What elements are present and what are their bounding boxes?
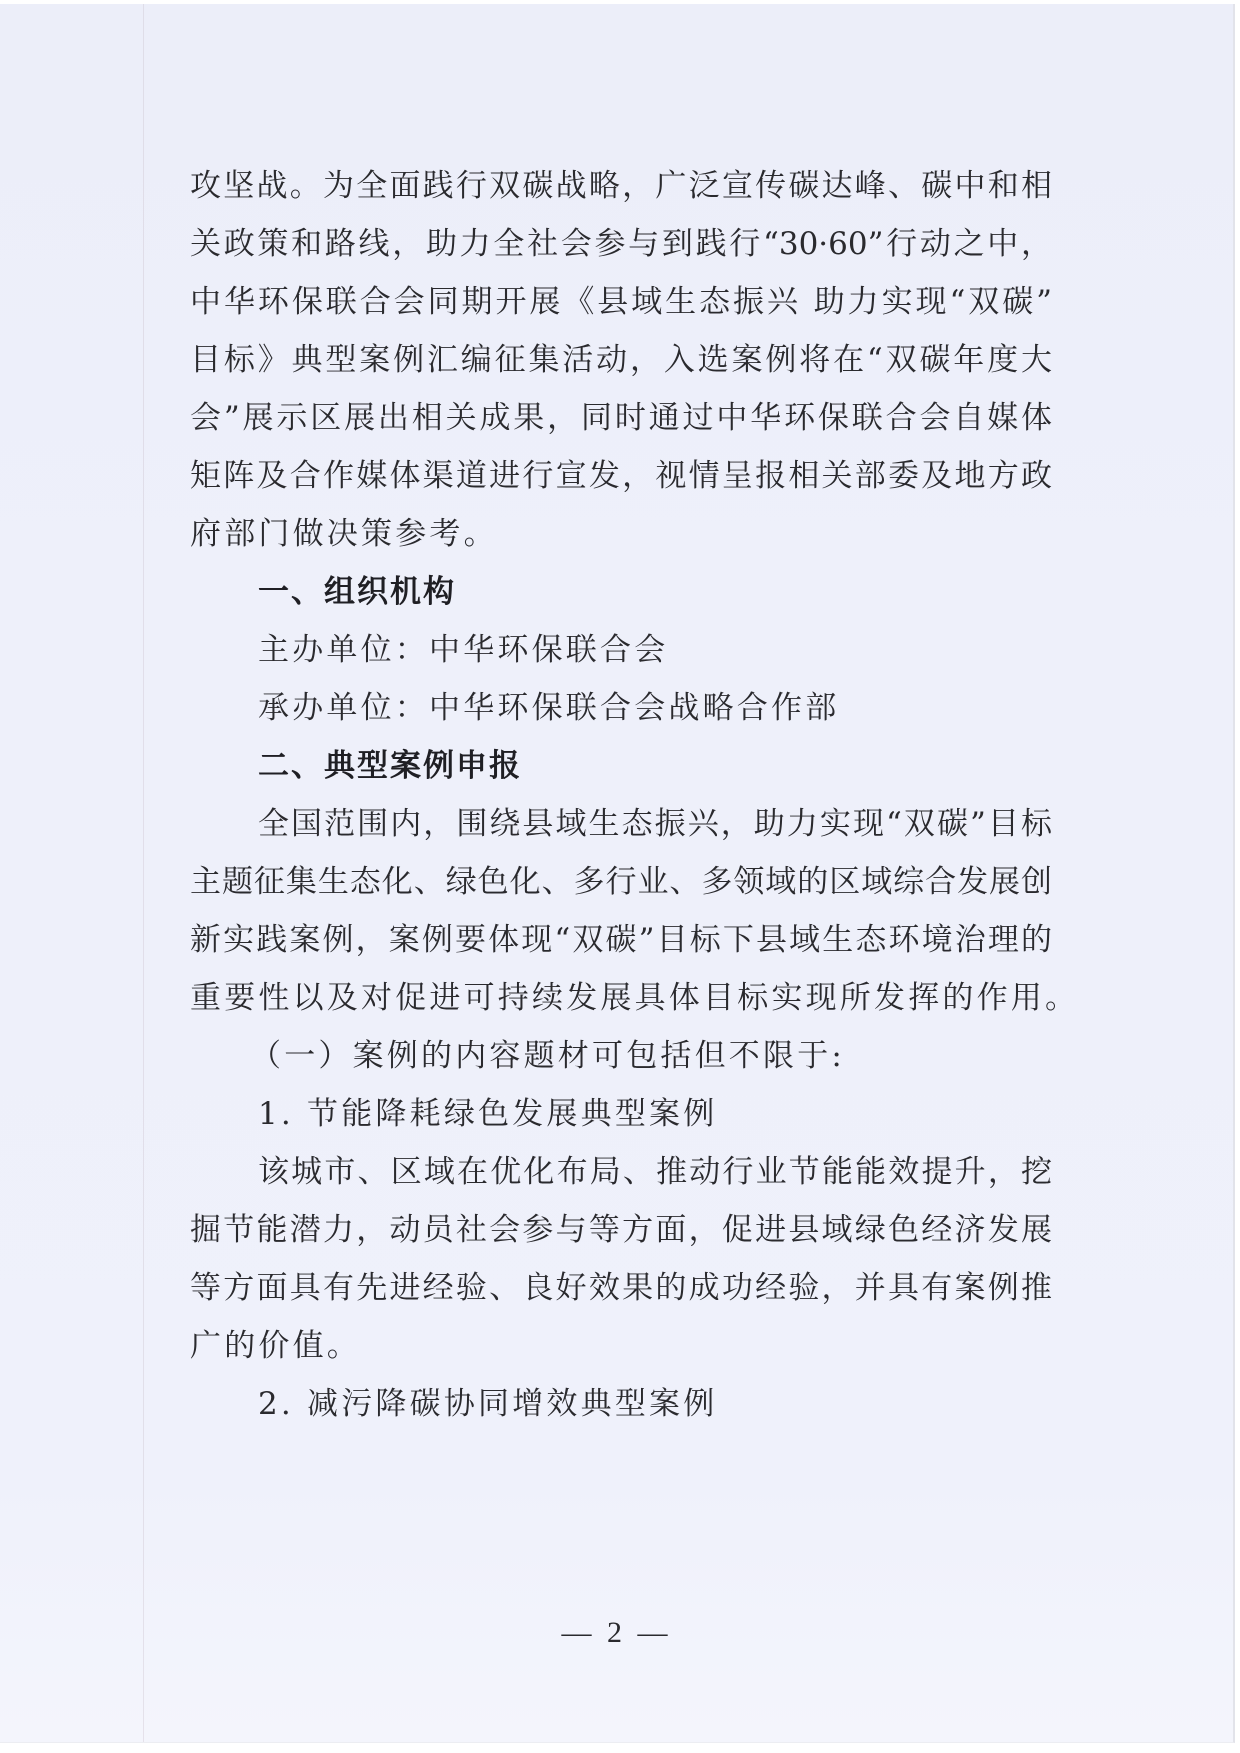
body-line: 府部门做决策参考。 [190,514,498,554]
page-number: — 2 — [0,1616,1233,1650]
document-page: 攻坚战。为全面践行双碳战略，广泛宣传碳达峰、碳中和相 关政策和路线，助力全社会参… [0,4,1235,1743]
body-line: 等方面具有先进经验、良好效果的成功经验，并具有案例推 [190,1268,1052,1308]
scan-fold-line [143,4,144,1742]
body-line: 攻坚战。为全面践行双碳战略，广泛宣传碳达峰、碳中和相 [190,166,1052,206]
body-line: 关政策和路线，助力全社会参与到践行“30·60”行动之中， [190,224,1052,264]
body-line: 全国范围内，围绕县域生态振兴，助力实现“双碳”目标 [258,804,1052,844]
body-line: 主题征集生态化、绿色化、多行业、多领域的区域综合发展创 [190,862,1052,902]
section-heading-organization: 一、组织机构 [258,572,456,612]
body-line: 重要性以及对促进可持续发展具体目标实现所发挥的作用。 [190,978,1079,1018]
body-line: 新实践案例，案例要体现“双碳”目标下县域生态环境治理的 [190,920,1052,960]
section-heading-case-submission: 二、典型案例申报 [258,746,522,786]
list-item-pollution-carbon-reduction: 2. 减污降碳协同增效典型案例 [258,1384,717,1424]
body-line: 目标》典型案例汇编征集活动，入选案例将在“双碳年度大 [190,340,1052,380]
list-item-energy-saving: 1. 节能降耗绿色发展典型案例 [258,1094,717,1134]
body-line: 该城市、区域在优化布局、推动行业节能能效提升，挖 [258,1152,1052,1192]
body-line: 掘节能潜力，动员社会参与等方面，促进县域绿色经济发展 [190,1210,1052,1250]
organizer-value: 中华环保联合会 [429,632,668,668]
co-organizer-label: 承办单位： [258,690,429,726]
body-line: 广的价值。 [190,1326,361,1366]
body-line: 中华环保联合会同期开展《县域生态振兴 助力实现“双碳” [190,282,1052,322]
subsection-heading: （一）案例的内容题材可包括但不限于: [250,1036,845,1076]
co-organizer-field: 承办单位：中华环保联合会战略合作部 [258,688,839,728]
body-line: 矩阵及合作媒体渠道进行宣发，视情呈报相关部委及地方政 [190,456,1052,496]
organizer-label: 主办单位： [258,632,429,668]
organizer-field: 主办单位：中华环保联合会 [258,630,668,670]
body-line: 会”展示区展出相关成果，同时通过中华环保联合会自媒体 [190,398,1052,438]
co-organizer-value: 中华环保联合会战略合作部 [429,690,839,726]
